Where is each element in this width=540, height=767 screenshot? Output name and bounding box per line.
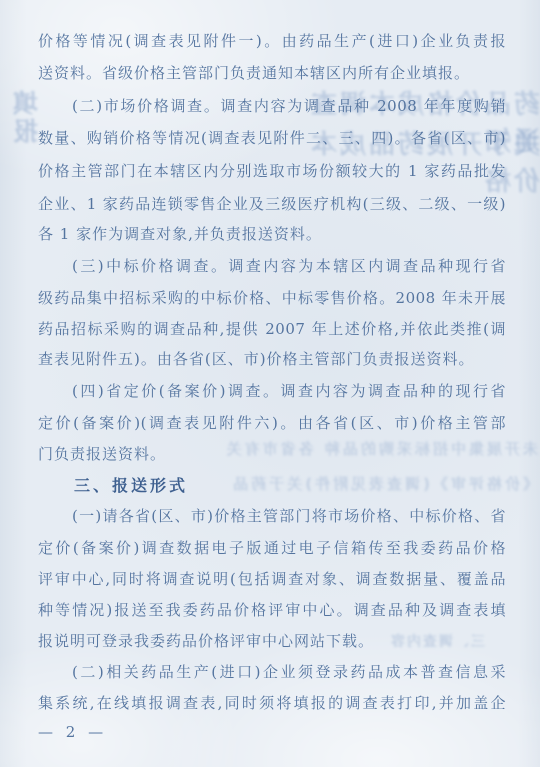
document-line: 种等情况)报送至我委药品价格评审中心。调查品种及调查表填 bbox=[38, 599, 506, 621]
document-line: 定价(备案价)(调查表见附件六)。由各省(区、市)价格主管部 bbox=[38, 412, 506, 434]
document-line: 集系统,在线填报调查表,同时须将填报的调查表打印,并加盖企 bbox=[38, 692, 506, 714]
document-line: (二)市场价格调查。调查内容为调查品种 2008 年年度购销 bbox=[72, 95, 506, 117]
document-line: 企业、1 家药品连锁零售企业及三级医疗机构(三级、二级、一级) bbox=[38, 193, 506, 215]
document-line: (二)相关药品生产(进口)企业须登录药品成本普查信息采 bbox=[72, 661, 506, 683]
document-line: 评审中心,同时将调查说明(包括调查对象、调查数据量、覆盖品 bbox=[38, 568, 506, 590]
document-line: (三)中标价格调查。调查内容为本辖区内调查品种现行省 bbox=[72, 255, 506, 277]
document-line: 门负责报送资料。 bbox=[38, 443, 506, 465]
document-line: (一)请各省(区、市)价格主管部门将市场价格、中标价格、省 bbox=[72, 505, 506, 527]
document-line: 查表见附件五)。由各省(区、市)价格主管部门负责报送资料。 bbox=[38, 348, 506, 370]
scanned-document-page: 填报 药品价格成本调查通知 关于开展药品成本价格 未开展集中招标采购的品种 各省… bbox=[0, 0, 540, 767]
document-line: 各 1 家作为调查对象,并负责报送资料。 bbox=[38, 223, 506, 245]
document-line: 价格等情况(调查表见附件一)。由药品生产(进口)企业负责报 bbox=[38, 30, 506, 52]
section-heading: 三、报送形式 bbox=[74, 475, 188, 497]
bleedthrough-text: 填报 bbox=[4, 90, 38, 146]
document-line: 送资料。省级价格主管部门负责通知本辖区内所有企业填报。 bbox=[38, 62, 506, 84]
document-line: 报说明可登录我委药品价格评审中心网站下载。 bbox=[38, 630, 506, 652]
document-line: 定价(备案价)调查数据电子版通过电子信箱传至我委药品价格 bbox=[38, 537, 506, 559]
bleedthrough-text: 《价格评审》(调查表见附件)关于药品 bbox=[140, 473, 538, 494]
document-line: 价格主管部门在本辖区内分别选取市场份额较大的 1 家药品批发 bbox=[38, 160, 506, 182]
document-line: 药品招标采购的调查品种,提供 2007 年上述价格,并依此类推(调 bbox=[38, 318, 506, 340]
document-line: 级药品集中招标采购的中标价格、中标零售价格。2008 年未开展 bbox=[38, 287, 506, 309]
page-number: — 2 — bbox=[38, 723, 107, 741]
document-line: 数量、购销价格等情况(调查表见附件二、三、四)。各省(区、市) bbox=[38, 127, 506, 149]
document-line: (四)省定价(备案价)调查。调查内容为调查品种的现行省 bbox=[72, 380, 506, 402]
